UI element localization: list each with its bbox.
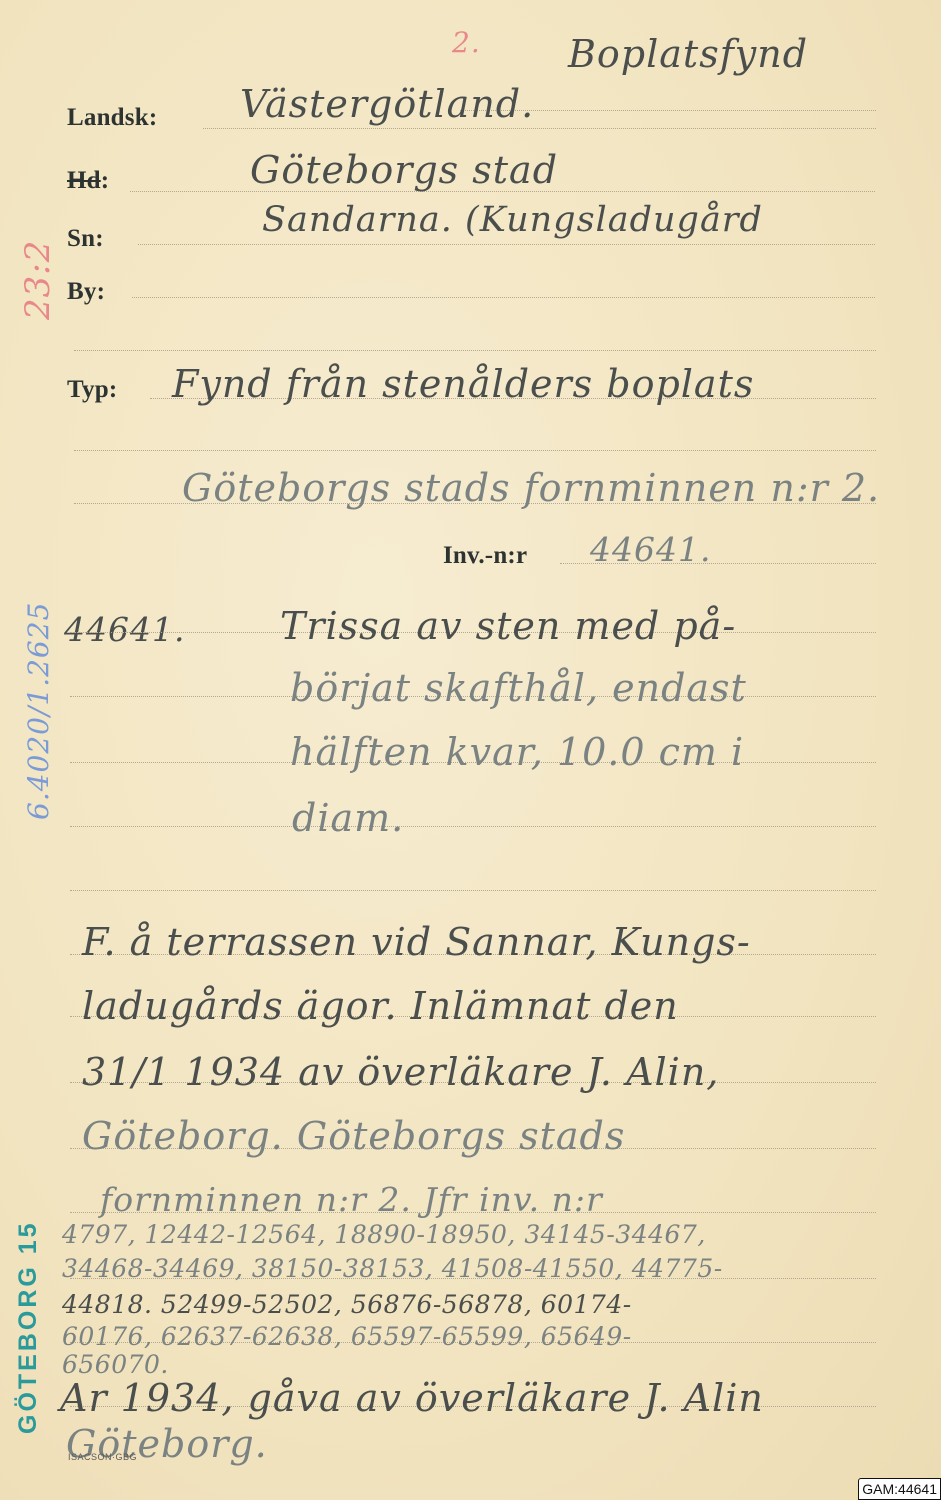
description-line: diam. (292, 796, 404, 840)
catalog-id-label: GAM:44641 (858, 1478, 941, 1500)
dotted-rule (74, 450, 876, 451)
value-inv-nr: 44641. (590, 530, 711, 569)
provenance-line: 4797, 12442-12564, 18890-18950, 34145-34… (62, 1220, 706, 1249)
label-sn: Sn: (67, 225, 104, 253)
label-typ: Typ: (67, 376, 117, 404)
provenance-line: 44818. 52499-52502, 56876-56878, 60174- (62, 1290, 632, 1319)
card-sequence-number: 2. (452, 26, 481, 59)
label-inv-nr: Inv.-n:r (443, 542, 527, 570)
provenance-line: ladugårds ägor. Inlämnat den (82, 984, 679, 1028)
margin-note-red: 23:2 (18, 240, 58, 320)
provenance-line: Ar 1934, gåva av överläkare J. Alin (60, 1376, 764, 1420)
provenance-line: 34468-34469, 38150-38153, 41508-41550, 4… (62, 1254, 723, 1283)
category-heading: Boplatsfynd (568, 32, 808, 76)
dotted-rule (203, 128, 876, 129)
provenance-line: 31/1 1934 av överläkare J. Alin, (82, 1050, 719, 1094)
description-line: Trissa av sten med på- (280, 604, 736, 648)
dotted-rule (70, 826, 876, 827)
provenance-line: 60176, 62637-62638, 65597-65599, 65649- (62, 1322, 632, 1351)
provenance-line: 656070. (62, 1350, 169, 1379)
label-landsk: Landsk: (67, 104, 157, 132)
goteborg-stamp: GÖTEBORG 15 (14, 1220, 43, 1434)
value-landsk: Västergötland. (240, 82, 534, 126)
value-hd: Göteborgs stad (250, 148, 558, 192)
printer-mark: ISACSON·GBG (68, 1452, 137, 1462)
catalog-card: 2. Boplatsfynd 23:2 Landsk: Västergötlan… (0, 0, 941, 1500)
provenance-line: fornminnen n:r 2. Jfr inv. n:r (100, 1180, 603, 1219)
margin-note-blue: 6.4020/1.2625 (22, 602, 55, 820)
label-hd-colon: : (101, 167, 110, 194)
label-by: By: (67, 278, 105, 306)
label-hd-struck: Hd (67, 167, 101, 194)
value-typ-line-2: Göteborgs stads fornminnen n:r 2. (182, 466, 880, 510)
description-line: börjat skafthål, endast (290, 666, 747, 710)
dotted-rule (74, 350, 876, 351)
dotted-rule (138, 244, 875, 245)
value-typ-line-1: Fynd från stenålders boplats (172, 362, 754, 406)
provenance-line: F. å terrassen vid Sannar, Kungs- (82, 920, 751, 964)
value-sn: Sandarna. (Kungsladugård (262, 200, 763, 240)
description-number: 44641. (64, 610, 185, 649)
dotted-rule (70, 890, 876, 891)
dotted-rule (132, 297, 875, 298)
label-hd: Hd: (67, 167, 109, 195)
provenance-line: Göteborg. Göteborgs stads (82, 1114, 625, 1158)
description-line: hälften kvar, 10.0 cm i (290, 730, 744, 774)
